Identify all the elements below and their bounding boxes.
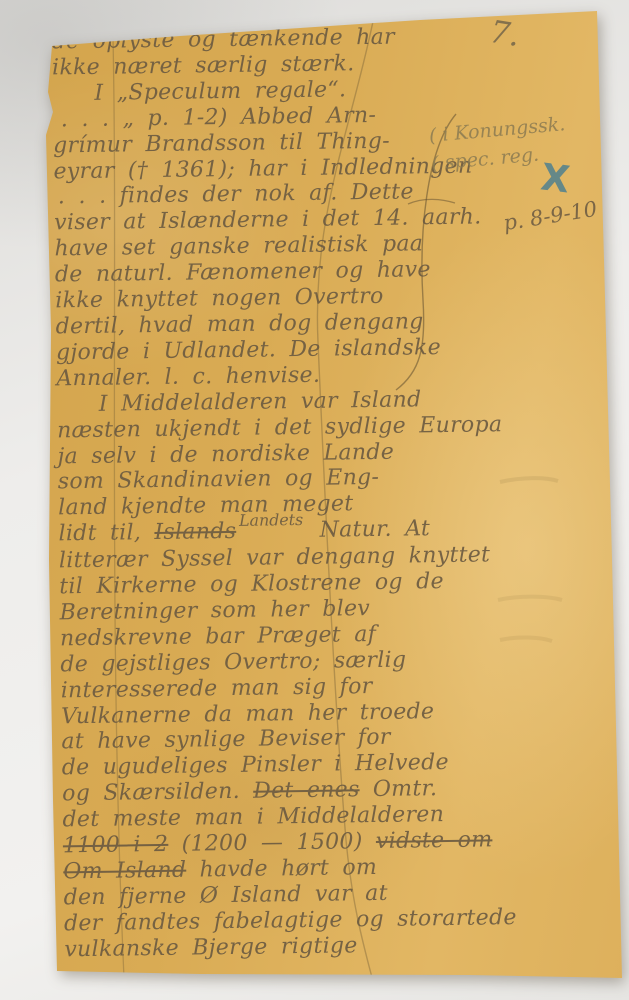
handwritten-text: . . . findes der nok af. Dette (58, 180, 414, 210)
photo-backdrop: 7. de oplyste og tænkende harikke næret … (0, 0, 629, 1000)
inserted-word: Landets (239, 510, 303, 530)
handwritten-text: ja selv i de nordiske Lande (57, 439, 394, 469)
handwritten-text: Natur. At (306, 516, 430, 543)
handwritten-text: interesserede man sig for (61, 674, 373, 703)
handwritten-text: at have synlige Beviser for (61, 725, 391, 755)
handwritten-text: land kjendte man meget (58, 492, 354, 521)
x-annotation-mark: X (538, 155, 572, 201)
paper-shadow: 7. de oplyste og tænkende harikke næret … (0, 0, 629, 1000)
handwritten-text: gjorde i Udlandet. De islandske (56, 335, 441, 365)
handwritten-text: og Skærsilden. (62, 779, 253, 807)
manuscript-line: vulkanske Bjerge rigtige (64, 930, 550, 963)
handwritten-text: ikke knyttet nogen Overtro (55, 284, 384, 314)
handwritten-text: grímur Brandsson til Thing- (53, 128, 390, 158)
struck-out-text: vidste om (376, 827, 493, 854)
struck-out-text: Det enes (253, 777, 360, 803)
handwritten-text: ikke næret særlig stærk. (52, 51, 355, 80)
handwritten-text: lidt til, (58, 520, 154, 546)
handwritten-text: Vulkanerne da man her troede (61, 699, 435, 729)
handwritten-text: have set ganske realistisk paa (54, 232, 423, 262)
handwritten-text: . . . „ p. 1-2) Abbed Arn- (61, 103, 377, 132)
handwritten-text: nedskrevne bar Præget af (60, 622, 376, 651)
handwritten-text: I „Speculum regale“. (94, 77, 346, 106)
struck-out-text: Om Island (63, 858, 186, 885)
handwritten-text: Beretninger som her blev (59, 596, 370, 625)
manuscript-page: 7. de oplyste og tænkende harikke næret … (0, 0, 629, 1000)
handwritten-text: Omtr. (359, 776, 437, 802)
handwritten-text: Annaler. l. c. henvise. (56, 363, 320, 392)
struck-out-text: Islands (154, 519, 236, 545)
handwritten-text: havde hørt om (186, 855, 377, 883)
handwritten-text: de oplyste og tænkende har (52, 25, 396, 55)
handwritten-text: de gejstliges Overtro; særlig (60, 647, 406, 677)
handwritten-text: næsten ukjendt i det sydlige Europa (57, 412, 503, 443)
handwritten-text: I Middelalderen var Island (99, 387, 422, 417)
handwritten-text: som Skandinavien og Eng- (58, 465, 380, 494)
handwritten-text: (1200 — 1500) (168, 829, 376, 857)
struck-out-text: 1100 i 2 (63, 832, 169, 858)
handwritten-text: der fandtes fabelagtige og storartede (64, 905, 517, 936)
handwritten-text: dertil, hvad man dog dengang (55, 309, 423, 339)
handwritten-text: den fjerne Ø Island var at (63, 881, 387, 911)
handwritten-text: vulkanske Bjerge rigtige (64, 933, 358, 962)
handwritten-text: til Kirkerne og Klostrene og de (59, 569, 444, 599)
